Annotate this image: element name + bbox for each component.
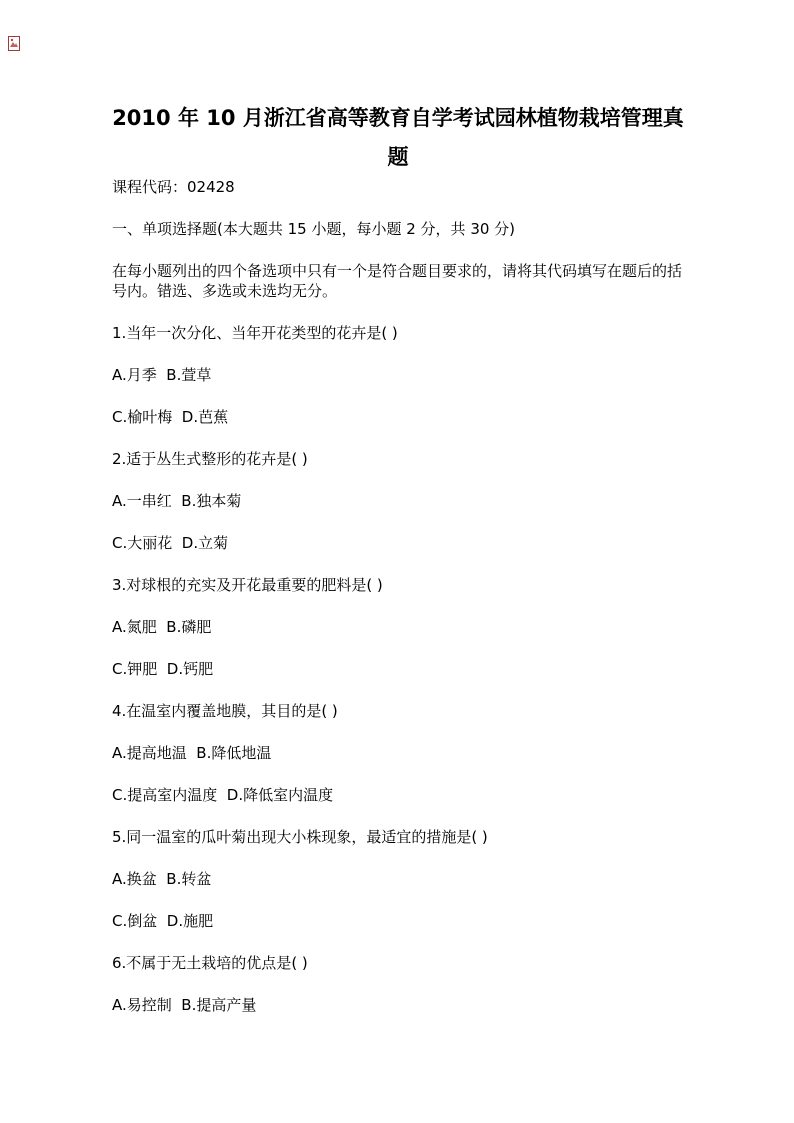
question-options-row: C.大丽花 D.立菊 <box>112 533 684 553</box>
question-options-row: A.氮肥 B.磷肥 <box>112 617 684 637</box>
question-options-row: C.提高室内温度 D.降低室内温度 <box>112 785 684 805</box>
question-stem: 5.同一温室的瓜叶菊出现大小株现象，最适宜的措施是( ) <box>112 827 684 847</box>
section-heading: 一、单项选择题(本大题共 15 小题，每小题 2 分，共 30 分) <box>112 219 684 239</box>
question-stem: 6.不属于无土栽培的优点是( ) <box>112 953 684 973</box>
document-content: 2010 年 10 月浙江省高等教育自学考试园林植物栽培管理真题 课程代码：02… <box>112 0 684 1015</box>
question-options-row: C.倒盆 D.施肥 <box>112 911 684 931</box>
page-title: 2010 年 10 月浙江省高等教育自学考试园林植物栽培管理真题 <box>112 0 684 177</box>
question-options-row: A.提高地温 B.降低地温 <box>112 743 684 763</box>
course-code: 课程代码：02428 <box>112 177 684 197</box>
document-page: 2010 年 10 月浙江省高等教育自学考试园林植物栽培管理真题 课程代码：02… <box>0 0 794 1123</box>
question-stem: 3.对球根的充实及开花最重要的肥料是( ) <box>112 575 684 595</box>
question-options-row: A.易控制 B.提高产量 <box>112 995 684 1015</box>
question-stem: 1.当年一次分化、当年开花类型的花卉是( ) <box>112 323 684 343</box>
page-title-line-1: 2010 年 10 月浙江省高等教育自学考试园林植物栽培管理真 <box>112 106 684 130</box>
question-stem: 2.适于丛生式整形的花卉是( ) <box>112 449 684 469</box>
question-options-row: C.钾肥 D.钙肥 <box>112 659 684 679</box>
question-options-row: C.榆叶梅 D.芭蕉 <box>112 407 684 427</box>
question-stem: 4.在温室内覆盖地膜，其目的是( ) <box>112 701 684 721</box>
question-options-row: A.月季 B.萱草 <box>112 365 684 385</box>
section-instructions: 在每小题列出的四个备选项中只有一个是符合题目要求的，请将其代码填写在题后的括号内… <box>112 261 684 301</box>
question-options-row: A.一串红 B.独本菊 <box>112 491 684 511</box>
broken-image-icon <box>8 36 20 51</box>
question-options-row: A.换盆 B.转盆 <box>112 869 684 889</box>
page-title-line-2: 题 <box>388 145 409 169</box>
